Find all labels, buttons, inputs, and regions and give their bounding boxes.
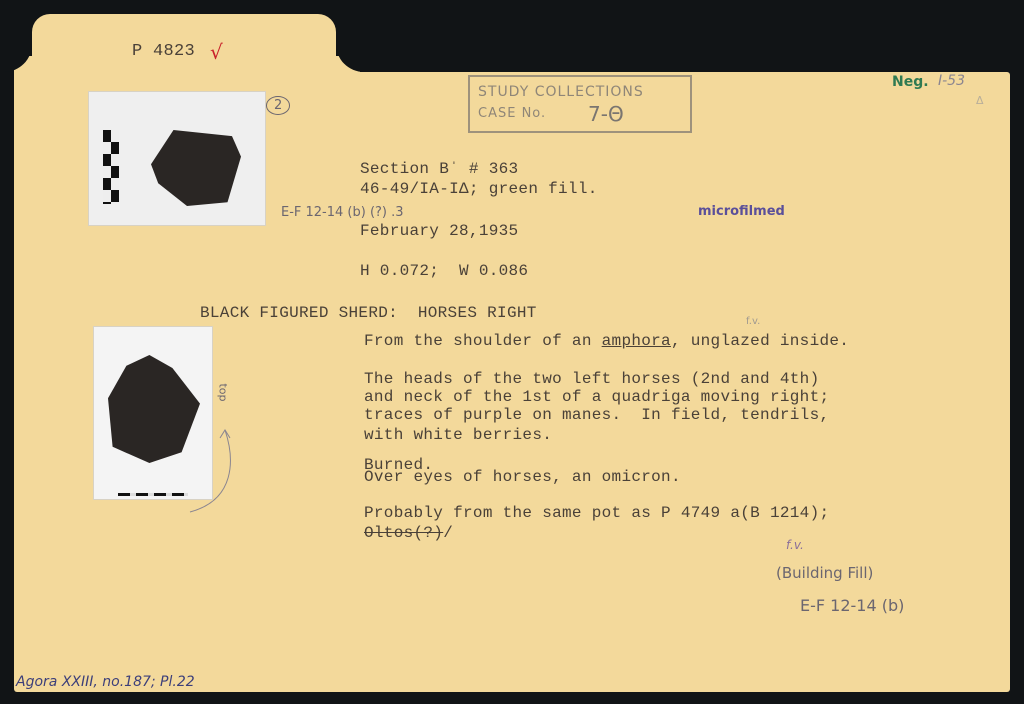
- microfilmed-stamp: microfilmed: [698, 204, 785, 219]
- stamp-case-value: 7-Θ: [588, 102, 624, 126]
- dimensions: H 0.072; W 0.086: [360, 262, 528, 280]
- negative-mark: Δ: [976, 94, 984, 107]
- struck-slash: /: [443, 524, 453, 542]
- struck-attribution: Oltos(?)/: [364, 524, 453, 542]
- stamp-title: STUDY COLLECTIONS: [478, 84, 644, 100]
- handwritten-building-fill: (Building Fill): [776, 564, 873, 582]
- sherd-image: [151, 130, 241, 206]
- background-corner-right: [336, 0, 1024, 72]
- object-title: BLACK FIGURED SHERD: HORSES RIGHT: [200, 304, 537, 322]
- photo-orientation-label: top: [217, 383, 230, 401]
- description-line: and neck of the 1st of a quadriga moving…: [364, 388, 829, 406]
- handwritten-grid: E-F 12-14 (b) (?) .3: [281, 205, 404, 220]
- negative-value: I-53: [938, 73, 965, 89]
- stamp-case-label: CASE No.: [478, 106, 546, 121]
- handwritten-grid-ref: E-F 12-14 (b): [800, 596, 904, 615]
- grid-line: 46-49/ΙΑ-ΙΔ; green fill.: [360, 180, 598, 198]
- same-pot-note: Probably from the same pot as P 4749 a(B…: [364, 504, 829, 522]
- scale-bar-icon-col: [111, 130, 119, 204]
- shape-note: f.v.: [746, 316, 760, 327]
- publication-reference: Agora XXIII, no.187; Pl.22: [16, 674, 195, 690]
- negative-label: Neg.: [892, 74, 929, 90]
- section-line: Section Bˈ # 363: [360, 160, 518, 178]
- description-line: traces of purple on manes. In field, ten…: [364, 406, 829, 424]
- description-shape: From the shoulder of an amphora, unglaze…: [364, 332, 849, 350]
- handwritten-fv: f.v.: [786, 538, 804, 552]
- description-shape-post: , unglazed inside.: [671, 332, 849, 350]
- scale-bar-icon: [118, 493, 188, 496]
- orientation-arrow-icon: [180, 420, 240, 520]
- omicron-note: Over eyes of horses, an omicron.: [364, 468, 681, 486]
- description-line: with white berries.: [364, 426, 552, 444]
- inventory-number: P 4823: [132, 42, 195, 61]
- sherd-photo-1: [88, 91, 266, 226]
- description-shape-pre: From the shoulder of an: [364, 332, 602, 350]
- shape-name: amphora: [602, 332, 671, 350]
- struck-text: Oltos(?): [364, 524, 443, 542]
- date: February 28,1935: [360, 222, 518, 240]
- check-mark: √: [210, 40, 223, 64]
- description-line: The heads of the two left horses (2nd an…: [364, 370, 819, 388]
